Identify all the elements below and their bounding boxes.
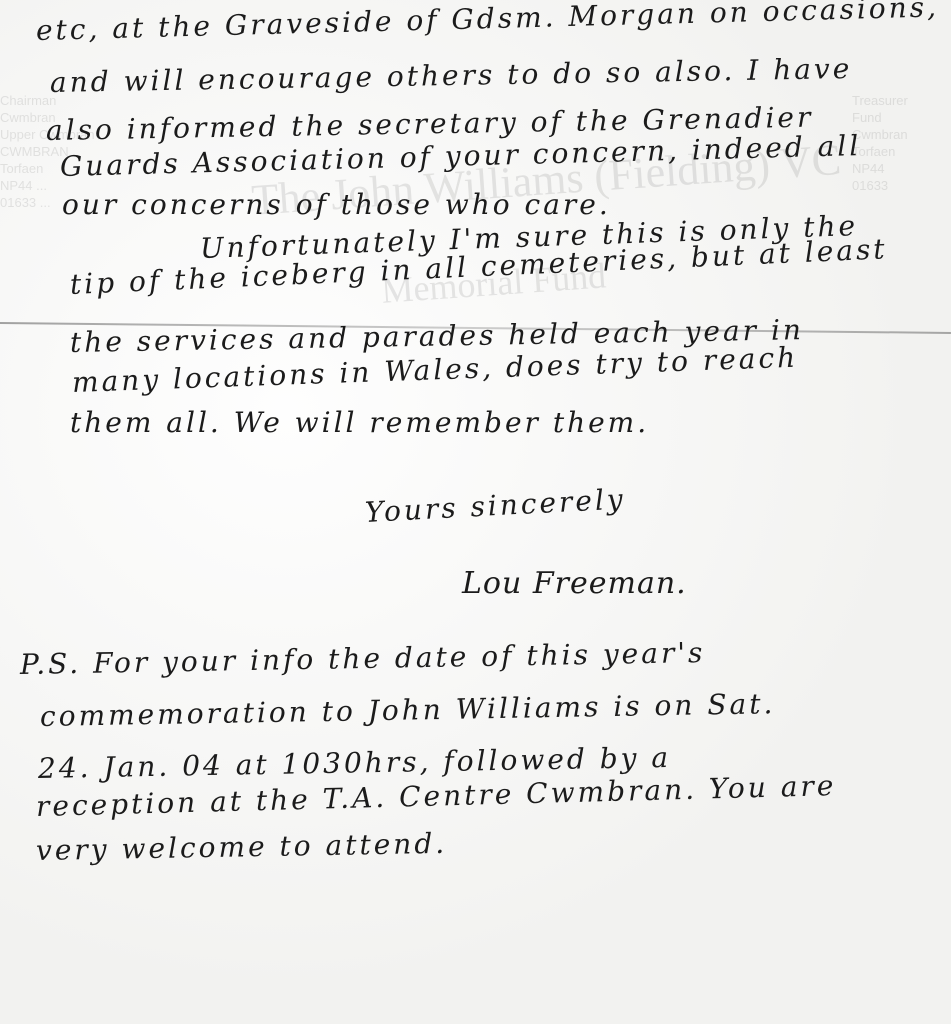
postscript-line: commemoration to John Williams is on Sat… bbox=[40, 687, 776, 733]
letter-line: our concerns of those who care. bbox=[62, 188, 611, 221]
signature: Lou Freeman. bbox=[462, 566, 687, 601]
closing: Yours sincerely bbox=[364, 482, 626, 529]
letter-line: them all. We will remember them. bbox=[70, 406, 649, 439]
scanned-letter-page: Chairman Cwmbran Upper Cwmbran CWMBRAN T… bbox=[0, 0, 951, 1024]
postscript-line: P.S. For your info the date of this year… bbox=[20, 636, 706, 681]
show-through-line: Fund bbox=[852, 109, 908, 126]
show-through-line: 01633 bbox=[852, 177, 908, 194]
postscript-line: very welcome to attend. bbox=[36, 827, 448, 867]
letter-line: and will encourage others to do so also.… bbox=[50, 52, 853, 99]
show-through-line: NP44 bbox=[852, 160, 908, 177]
letter-line: etc, at the Graveside of Gdsm. Morgan on… bbox=[36, 0, 940, 47]
show-through-line: Treasurer bbox=[852, 92, 908, 109]
